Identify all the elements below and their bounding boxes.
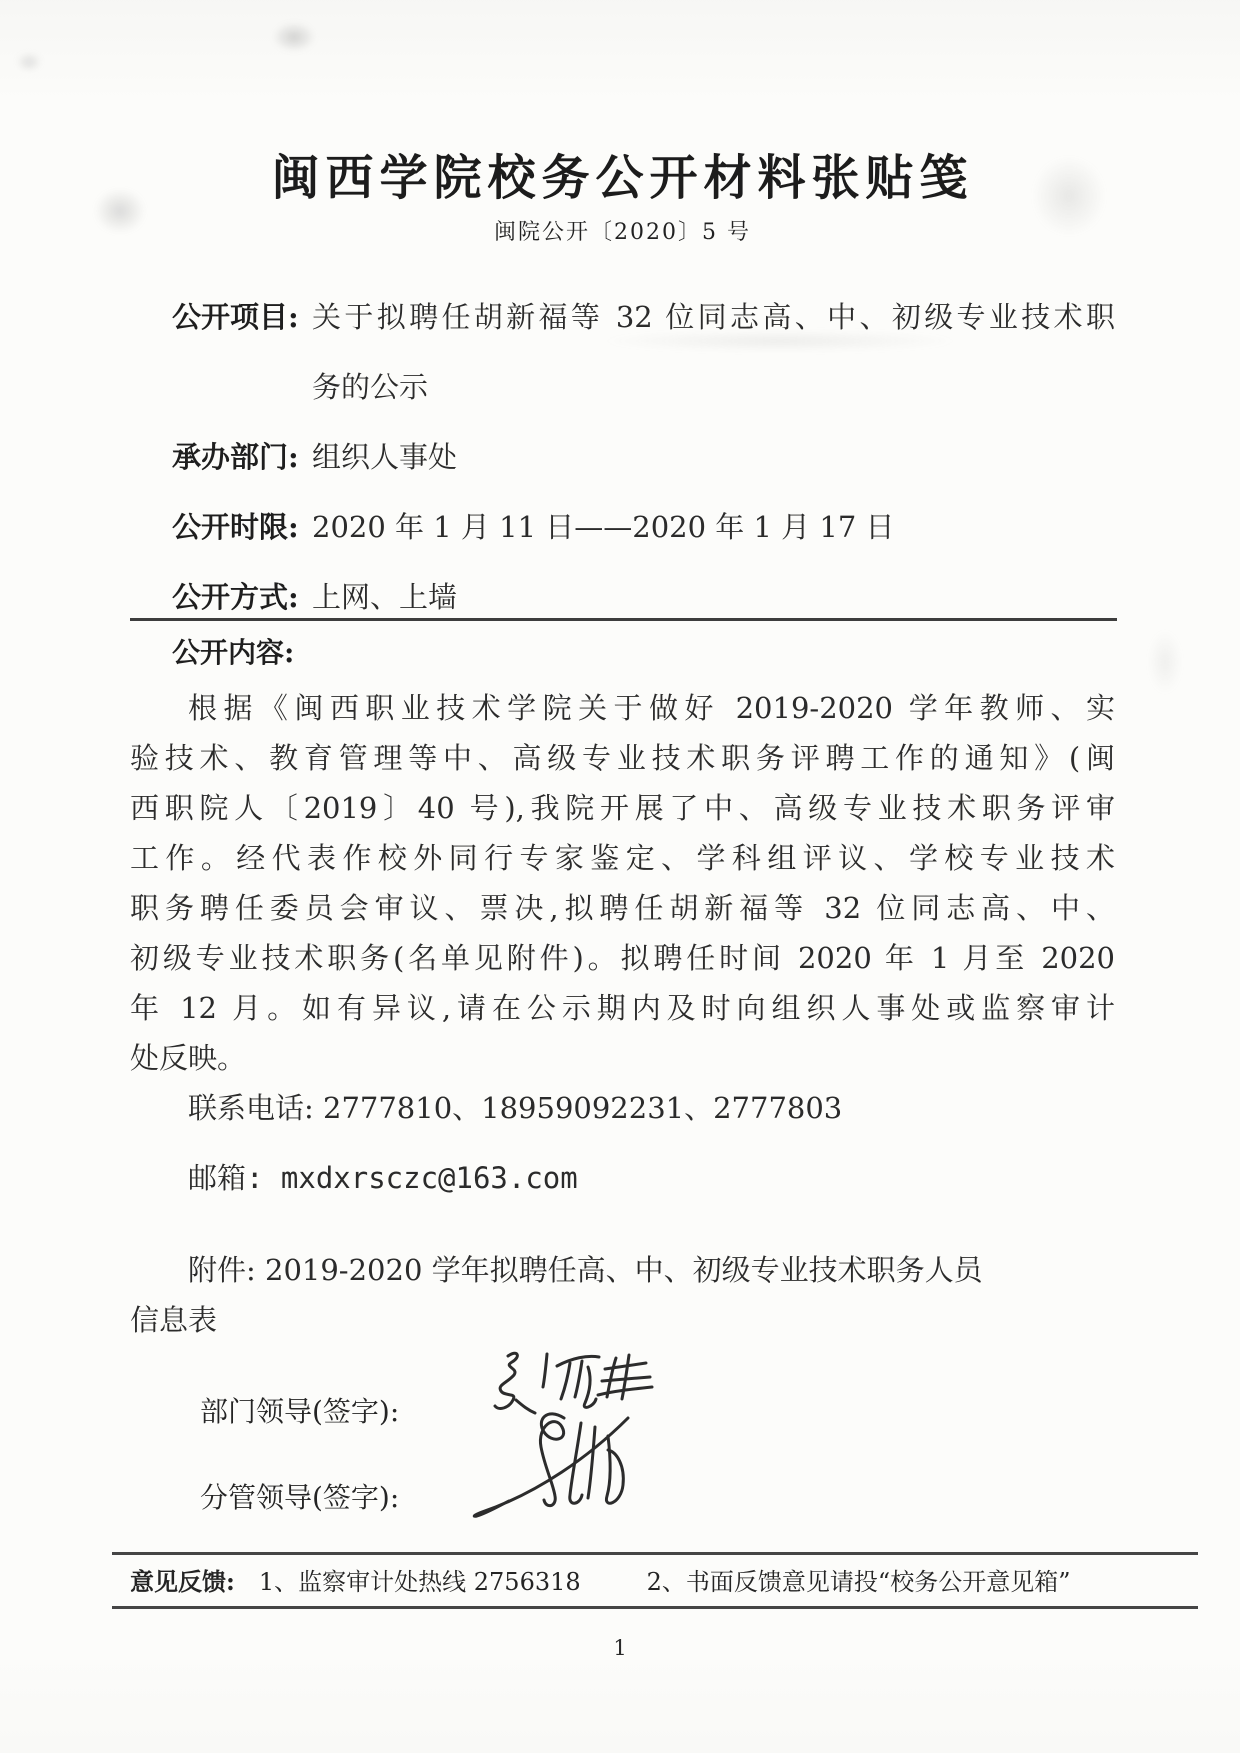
paragraph-line: 职务聘任委员会审议、票决,拟聘任胡新福等 32 位同志高、中、: [130, 883, 1115, 933]
charge-leader-signature: [452, 1404, 670, 1529]
meta-row-public-method: 公开方式: 上网、上墙: [172, 562, 1115, 632]
paragraph-line: 处反映。: [130, 1033, 1115, 1083]
meta-row-public-period: 公开时限: 2020 年 1 月 11 日——2020 年 1 月 17 日: [172, 492, 1115, 562]
public-period-label: 公开时限:: [172, 492, 312, 562]
scan-artifact: [1148, 630, 1182, 694]
charge-leader-signature-label: 分管领导(签字):: [200, 1478, 399, 1518]
meta-row-public-item: 公开项目: 关于拟聘任胡新福等 32 位同志高、中、初级专业技术职 务的公示: [172, 282, 1115, 422]
public-item-value-line1: 关于拟聘任胡新福等 32 位同志高、中、初级专业技术职: [312, 282, 1115, 352]
scan-artifact: [16, 52, 42, 72]
paragraph-line: 年 12 月。如有异议,请在公示期内及时向组织人事处或监察审计: [130, 983, 1115, 1033]
feedback-item-suggestion-box: 2、书面反馈意见请投“校务公开意见箱”: [647, 1567, 1071, 1597]
content-paragraph: 根据《闽西职业技术学院关于做好 2019-2020 学年教师、实 验技术、教育管…: [130, 683, 1115, 1083]
feedback-label: 意见反馈:: [130, 1567, 235, 1597]
undertaking-dept-label: 承办部门:: [172, 422, 312, 492]
attachment-line2: 信息表: [130, 1295, 1115, 1345]
scanned-document-page: 闽西学院校务公开材料张贴笺 闽院公开〔2020〕5 号 公开项目: 关于拟聘任胡…: [0, 0, 1240, 1753]
paragraph-line: 根据《闽西职业技术学院关于做好 2019-2020 学年教师、实: [130, 683, 1115, 733]
dept-leader-signature: [486, 1346, 668, 1426]
meta-section: 公开项目: 关于拟聘任胡新福等 32 位同志高、中、初级专业技术职 务的公示 承…: [172, 282, 1115, 632]
document-number: 闽院公开〔2020〕5 号: [130, 218, 1115, 248]
feedback-item-hotline: 1、监察审计处热线 2756318: [259, 1567, 581, 1597]
public-method-label: 公开方式:: [172, 562, 312, 632]
content-section-label: 公开内容:: [172, 635, 1115, 671]
paragraph-line: 初级专业技术职务(名单见附件)。拟聘任时间 2020 年 1 月至 2020: [130, 933, 1115, 983]
contact-phone-line: 联系电话: 2777810、18959092231、2777803: [130, 1083, 1115, 1133]
public-period-value: 2020 年 1 月 11 日——2020 年 1 月 17 日: [312, 492, 1115, 562]
document-body: 闽西学院校务公开材料张贴笺 闽院公开〔2020〕5 号 公开项目: 关于拟聘任胡…: [130, 0, 1115, 1345]
page-number: 1: [0, 1636, 1240, 1660]
attachment-section: 附件: 2019-2020 学年拟聘任高、中、初级专业技术职务人员 信息表: [130, 1245, 1115, 1345]
paragraph-line: 工作。经代表作校外同行专家鉴定、学科组评议、学校专业技术: [130, 833, 1115, 883]
meta-row-undertaking-dept: 承办部门: 组织人事处: [172, 422, 1115, 492]
undertaking-dept-value: 组织人事处: [312, 422, 1115, 492]
attachment-line1: 附件: 2019-2020 学年拟聘任高、中、初级专业技术职务人员: [130, 1245, 1115, 1295]
public-item-value-line2: 务的公示: [312, 352, 1115, 422]
public-item-label: 公开项目:: [172, 282, 312, 352]
paragraph-line: 西职院人〔2019〕40 号),我院开展了中、高级专业技术职务评审: [130, 783, 1115, 833]
paragraph-line: 验技术、教育管理等中、高级专业技术职务评聘工作的通知》(闽: [130, 733, 1115, 783]
document-title: 闽西学院校务公开材料张贴笺: [130, 148, 1115, 208]
public-item-value: 关于拟聘任胡新福等 32 位同志高、中、初级专业技术职 务的公示: [312, 282, 1115, 422]
dept-leader-signature-label: 部门领导(签字):: [200, 1392, 399, 1432]
feedback-bar: 意见反馈: 1、监察审计处热线 2756318 2、书面反馈意见请投“校务公开意…: [112, 1552, 1198, 1609]
public-method-value: 上网、上墙: [312, 562, 1115, 632]
contact-email-line: 邮箱: mxdxrsczc@163.com: [130, 1153, 1115, 1203]
